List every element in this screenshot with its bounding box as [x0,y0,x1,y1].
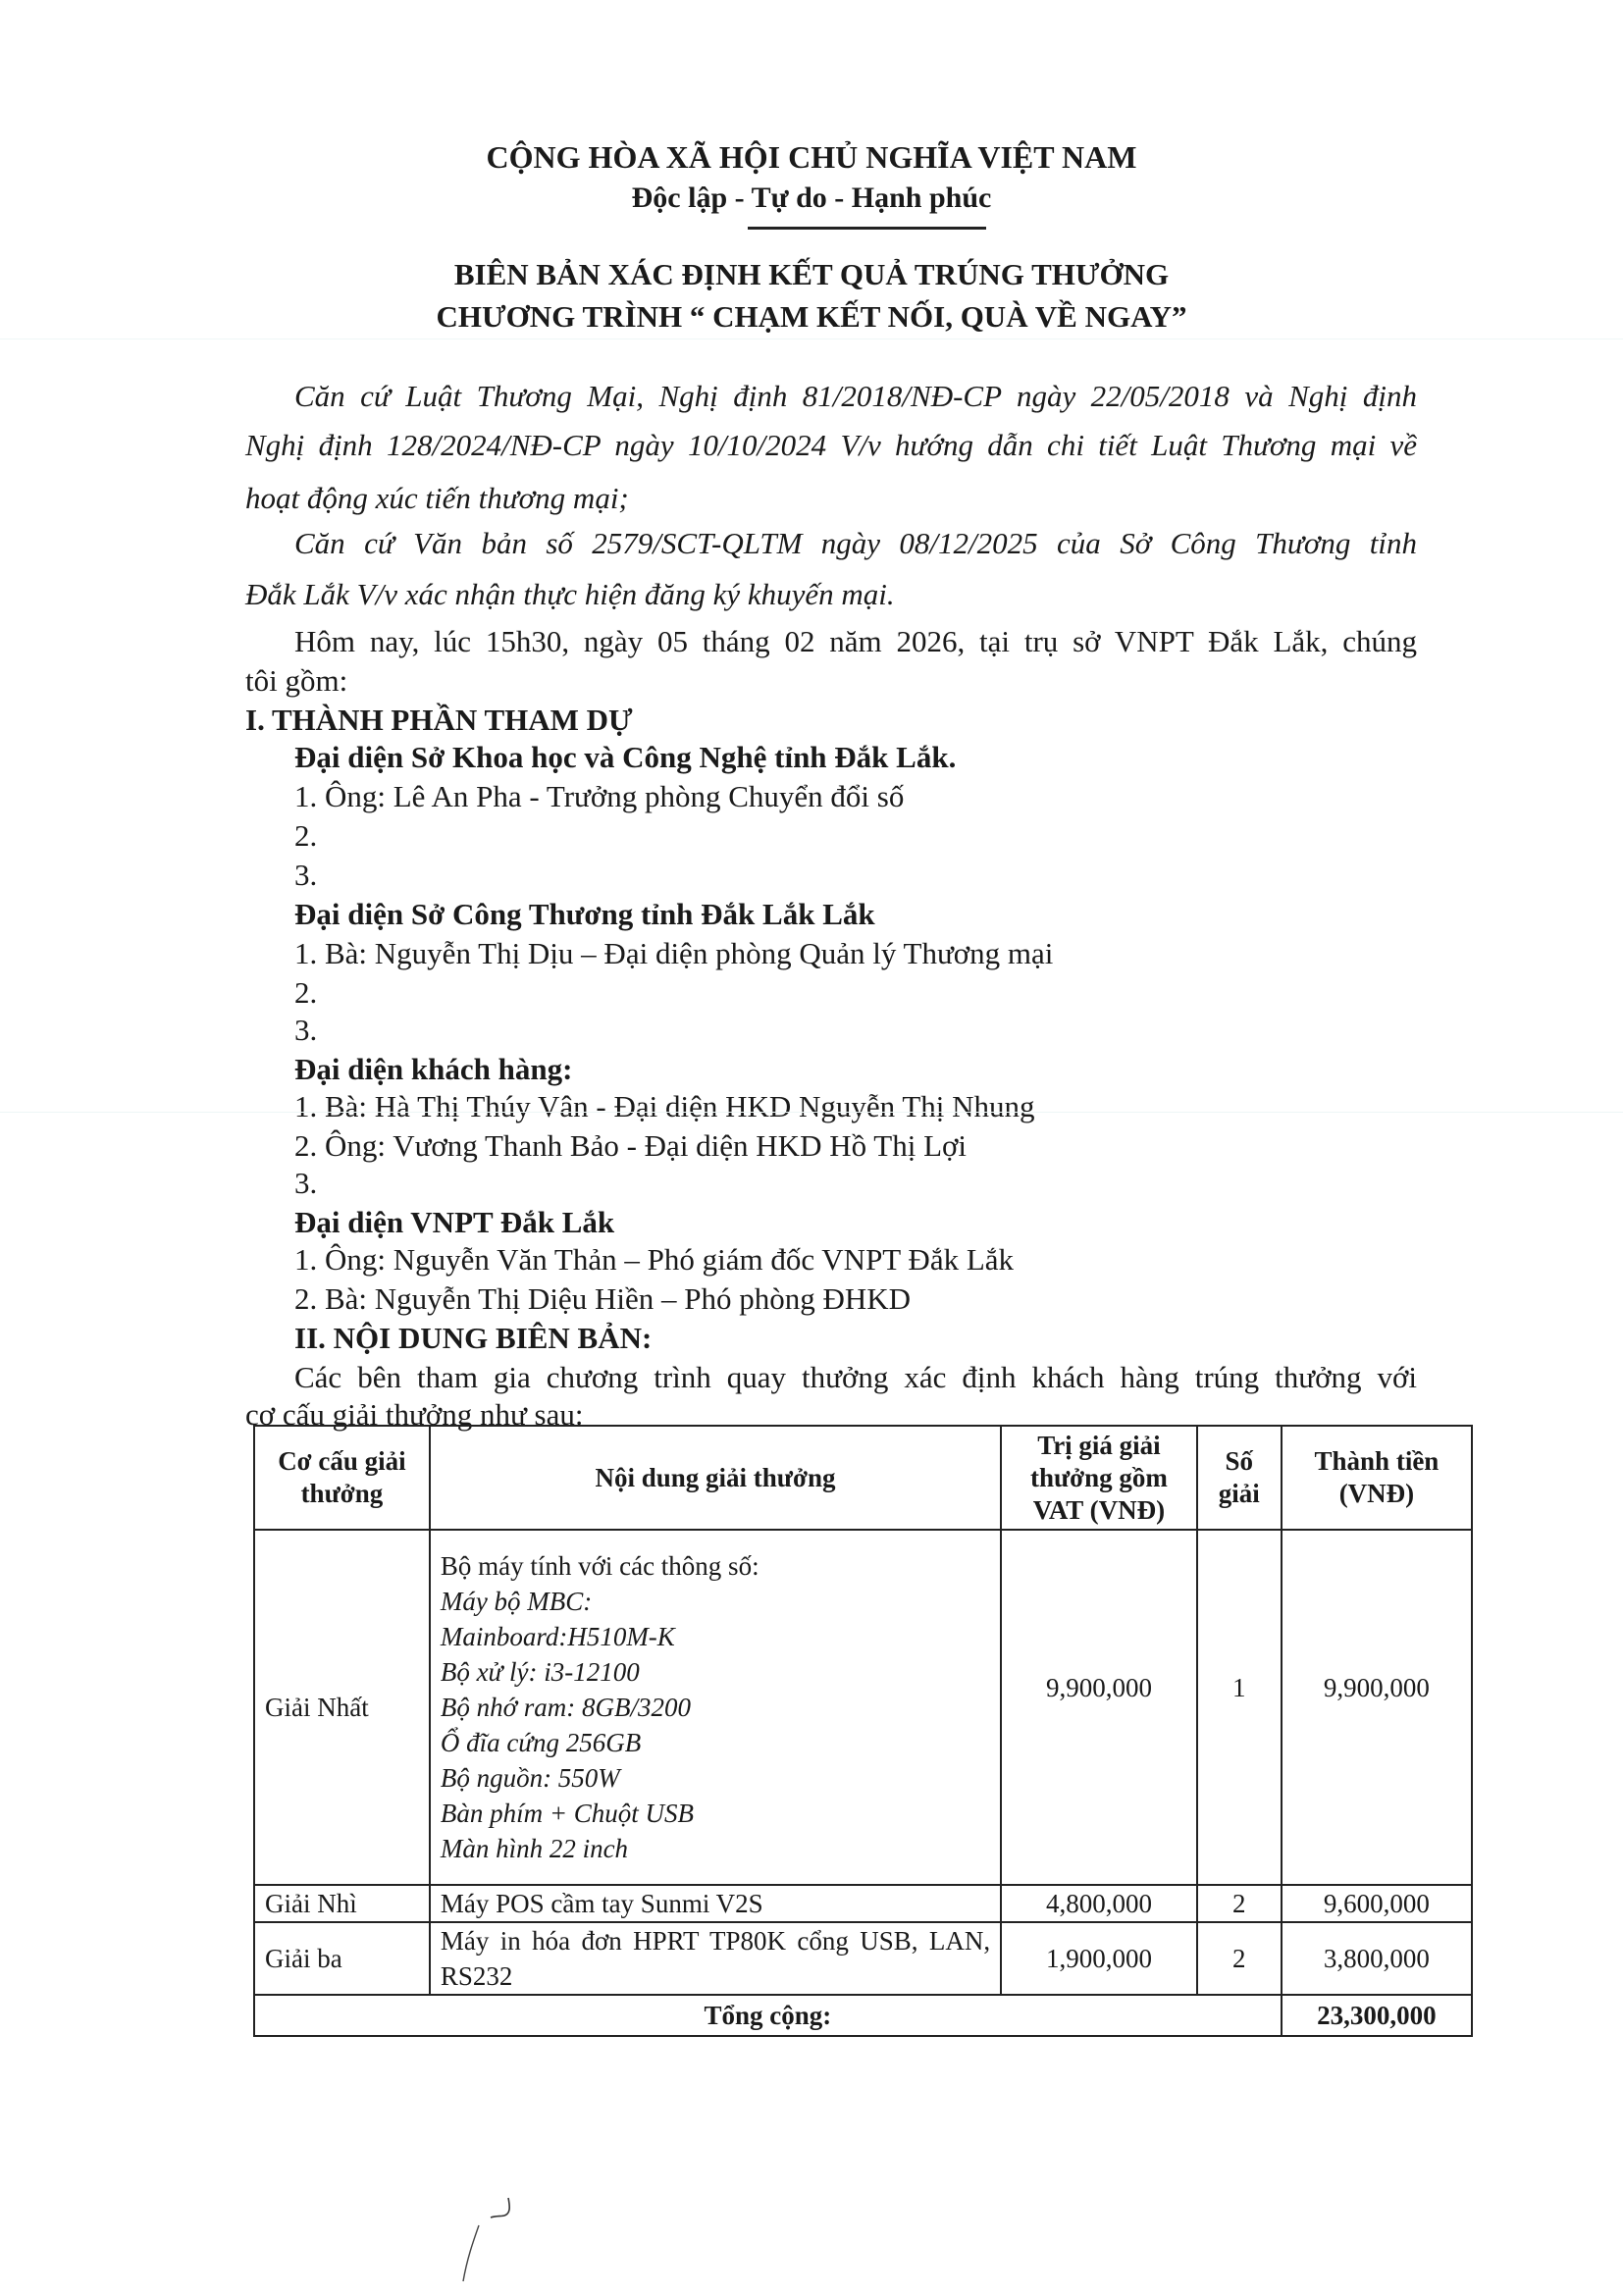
header-content: Nội dung giải thưởng [430,1426,1001,1530]
quantity-cell: 1 [1197,1530,1282,1885]
group-2-title: Đại diện Sở Công Thương tỉnh Đắk Lắk Lắk [294,897,875,932]
table-row: Giải Nhì Máy POS cầm tay Sunmi V2S 4,800… [254,1885,1472,1922]
prize-structure-table: Cơ cấu giải thưởng Nội dung giải thưởng … [253,1425,1473,2037]
table-row: Giải ba Máy in hóa đơn HPRT TP80K cổng U… [254,1922,1472,1995]
header-tier: Cơ cấu giải thưởng [254,1426,430,1530]
group-2-member-2: 2. [294,975,317,1011]
total-cell: 9,600,000 [1282,1885,1472,1922]
spec-item: Bàn phím + Chuột USB [441,1796,990,1831]
tier-cell: Giải Nhất [254,1530,430,1885]
basis-1-line-1: Căn cứ Luật Thương Mại, Nghị định 81/201… [294,379,1417,414]
basis-2-line-1: Căn cứ Văn bản số 2579/SCT-QLTM ngày 08/… [294,526,1417,561]
tier-cell: Giải ba [254,1922,430,1995]
content-head: Bộ máy tính với các thông số: [441,1548,990,1584]
spec-item: Bộ nguồn: 550W [441,1760,990,1796]
unit-value-cell: 9,900,000 [1001,1530,1197,1885]
document-title-line1: BIÊN BẢN XÁC ĐỊNH KẾT QUẢ TRÚNG THƯỞNG [0,257,1623,292]
meeting-intro-line-2: tôi gồm: [245,663,347,699]
group-1-title: Đại diện Sở Khoa học và Công Nghệ tỉnh Đ… [294,740,956,775]
scan-artifact [0,339,1623,339]
unit-value-cell: 4,800,000 [1001,1885,1197,1922]
spec-item: Bộ xử lý: i3-12100 [441,1654,990,1690]
header-quantity: Số giải [1197,1426,1282,1530]
group-3-member-2: 2. Ông: Vương Thanh Bảo - Đại diện HKD H… [294,1128,967,1164]
group-2-member-1: 1. Bà: Nguyễn Thị Dịu – Đại diện phòng Q… [294,936,1053,971]
group-4-member-1: 1. Ông: Nguyễn Văn Thản – Phó giám đốc V… [294,1242,1014,1278]
total-label: Tổng cộng: [254,1995,1282,2036]
table-header-row: Cơ cấu giải thưởng Nội dung giải thưởng … [254,1426,1472,1530]
total-cell: 9,900,000 [1282,1530,1472,1885]
motto-underline [748,227,986,230]
group-1-member-3: 3. [294,858,317,893]
tier-cell: Giải Nhì [254,1885,430,1922]
scan-artifact [0,1112,1623,1113]
national-motto: Độc lập - Tự do - Hạnh phúc [0,181,1623,216]
header-unit-value: Trị giá giải thưởng gồm VAT (VNĐ) [1001,1426,1197,1530]
spec-item: Máy bộ MBC: [441,1584,990,1619]
spec-item: Màn hình 22 inch [441,1831,990,1866]
table-total-row: Tổng cộng: 23,300,000 [254,1995,1472,2036]
unit-value-cell: 1,900,000 [1001,1922,1197,1995]
group-4-title: Đại diện VNPT Đắk Lắk [294,1205,614,1240]
total-cell: 3,800,000 [1282,1922,1472,1995]
country-name: CỘNG HÒA XÃ HỘI CHỦ NGHĨA VIỆT NAM [0,139,1623,175]
table-row: Giải Nhất Bộ máy tính với các thông số: … [254,1530,1472,1885]
spec-item: Ổ đĩa cứng 256GB [441,1725,990,1760]
group-3-member-3: 3. [294,1166,317,1201]
section-2-heading: II. NỘI DUNG BIÊN BẢN: [294,1321,652,1356]
section-2-intro-line-1: Các bên tham gia chương trình quay thưởn… [294,1360,1417,1395]
group-1-member-1: 1. Ông: Lê An Pha - Trưởng phòng Chuyển … [294,779,904,814]
quantity-cell: 2 [1197,1922,1282,1995]
handwritten-mark-icon [461,2188,579,2296]
spec-item: Bộ nhớ ram: 8GB/3200 [441,1690,990,1725]
content-cell: Máy in hóa đơn HPRT TP80K cổng USB, LAN,… [430,1922,1001,1995]
header-total: Thành tiền (VNĐ) [1282,1426,1472,1530]
spec-item: Mainboard:H510M-K [441,1619,990,1654]
group-2-member-3: 3. [294,1013,317,1048]
group-3-member-1: 1. Bà: Hà Thị Thúy Vân - Đại diện HKD Ng… [294,1089,1035,1124]
meeting-intro-line-1: Hôm nay, lúc 15h30, ngày 05 tháng 02 năm… [294,624,1417,659]
document-title-line2: CHƯƠNG TRÌNH “ CHẠM KẾT NỐI, QUÀ VỀ NGAY… [0,299,1623,335]
group-4-member-2: 2. Bà: Nguyễn Thị Diệu Hiền – Phó phòng … [294,1281,911,1317]
group-3-title: Đại diện khách hàng: [294,1052,572,1087]
basis-1-line-3: hoạt động xúc tiến thương mại; [245,481,629,516]
basis-2-line-2: Đắk Lắk V/v xác nhận thực hiện đăng ký k… [245,577,895,612]
quantity-cell: 2 [1197,1885,1282,1922]
grand-total: 23,300,000 [1282,1995,1472,2036]
content-cell: Máy POS cầm tay Sunmi V2S [430,1885,1001,1922]
content-cell: Bộ máy tính với các thông số: Máy bộ MBC… [430,1530,1001,1885]
group-1-member-2: 2. [294,818,317,854]
basis-1-line-2: Nghị định 128/2024/NĐ-CP ngày 10/10/2024… [245,428,1417,463]
section-1-heading: I. THÀNH PHẦN THAM DỰ [245,703,633,738]
